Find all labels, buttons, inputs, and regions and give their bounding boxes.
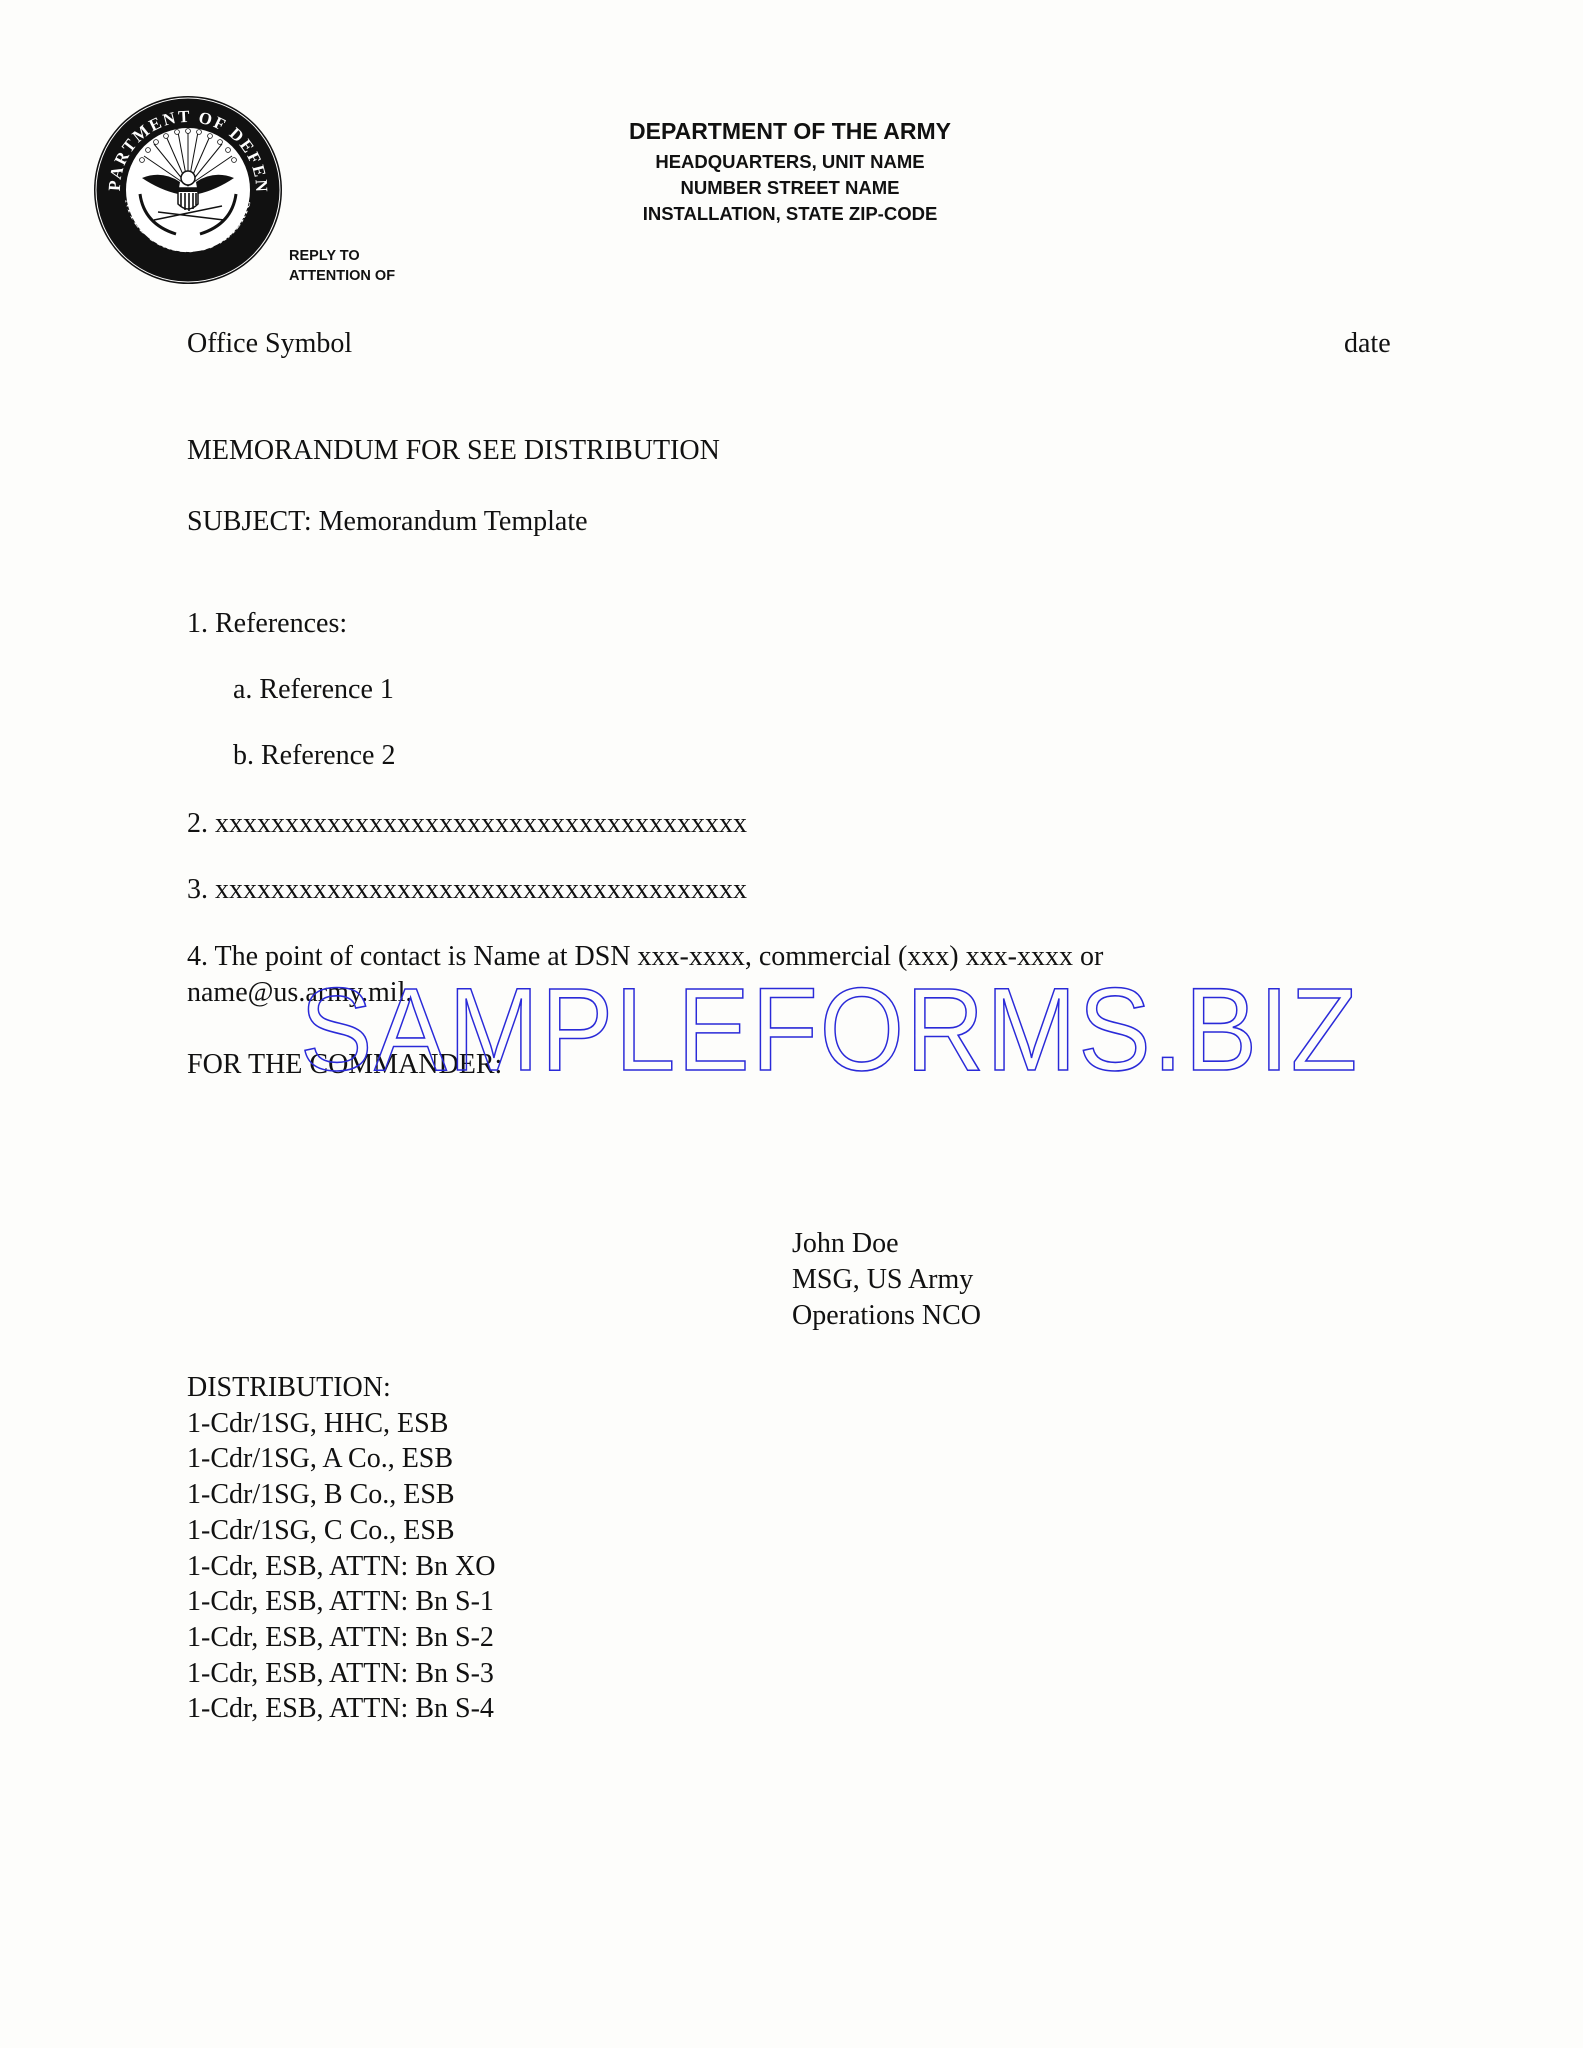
paragraph-4-line1: 4. The point of contact is Name at DSN x…: [187, 941, 1103, 973]
authority-line: FOR THE COMMANDER:: [187, 1049, 502, 1081]
department-of-defense-seal-icon: DEPARTMENT OF DEFENSE UNITED STATES OF A…: [92, 94, 284, 286]
distribution-list: DISTRIBUTION: 1-Cdr/1SG, HHC, ESB 1-Cdr/…: [187, 1370, 495, 1727]
memorandum-for-line: MEMORANDUM FOR SEE DISTRIBUTION: [187, 435, 720, 467]
distribution-item: 1-Cdr, ESB, ATTN: Bn S-3: [187, 1656, 495, 1692]
unit-name: HEADQUARTERS, UNIT NAME: [560, 151, 1020, 173]
reference-b: b. Reference 2: [233, 740, 395, 772]
reply-to-attention: REPLY TO ATTENTION OF: [289, 246, 395, 286]
distribution-item: 1-Cdr/1SG, HHC, ESB: [187, 1406, 495, 1442]
signer-title: Operations NCO: [792, 1298, 981, 1334]
subject-line: SUBJECT: Memorandum Template: [187, 506, 588, 538]
distribution-item: 1-Cdr/1SG, A Co., ESB: [187, 1441, 495, 1477]
street-address: NUMBER STREET NAME: [560, 177, 1020, 199]
distribution-item: 1-Cdr, ESB, ATTN: Bn S-2: [187, 1620, 495, 1656]
signer-name: John Doe: [792, 1226, 981, 1262]
distribution-item: 1-Cdr/1SG, B Co., ESB: [187, 1477, 495, 1513]
reply-to-line1: REPLY TO: [289, 246, 395, 266]
signature-block: John Doe MSG, US Army Operations NCO: [792, 1226, 981, 1334]
signer-rank: MSG, US Army: [792, 1262, 981, 1298]
paragraph-1: 1. References:: [187, 608, 347, 640]
city-state-zip: INSTALLATION, STATE ZIP-CODE: [560, 203, 1020, 225]
distribution-item: 1-Cdr, ESB, ATTN: Bn XO: [187, 1549, 495, 1585]
distribution-item: 1-Cdr, ESB, ATTN: Bn S-4: [187, 1691, 495, 1727]
distribution-item: 1-Cdr/1SG, C Co., ESB: [187, 1513, 495, 1549]
reply-to-line2: ATTENTION OF: [289, 266, 395, 286]
distribution-item: 1-Cdr, ESB, ATTN: Bn S-1: [187, 1584, 495, 1620]
distribution-heading: DISTRIBUTION:: [187, 1370, 495, 1406]
paragraph-3: 3. xxxxxxxxxxxxxxxxxxxxxxxxxxxxxxxxxxxxx…: [187, 874, 747, 906]
paragraph-2: 2. xxxxxxxxxxxxxxxxxxxxxxxxxxxxxxxxxxxxx…: [187, 808, 747, 840]
reference-a: a. Reference 1: [233, 674, 394, 706]
organization-name: DEPARTMENT OF THE ARMY: [560, 118, 1020, 145]
paragraph-4-line2: name@us.army.mil.: [187, 977, 412, 1009]
office-symbol: Office Symbol: [187, 328, 352, 360]
memo-date: date: [1344, 328, 1391, 360]
